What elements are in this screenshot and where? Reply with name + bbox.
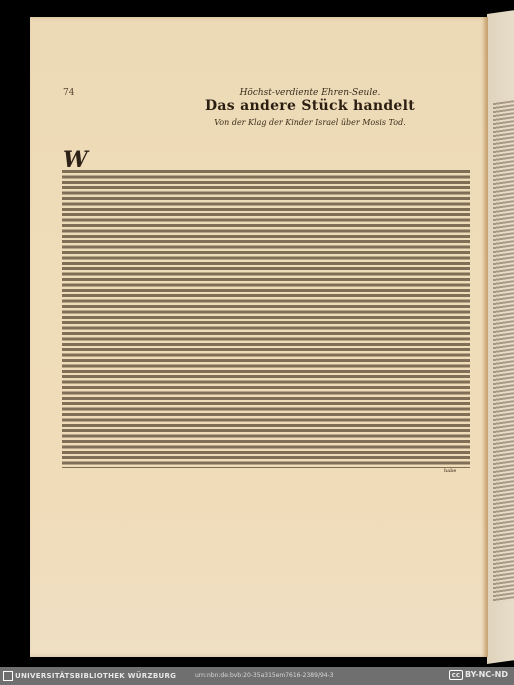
license-badge[interactable]: ccBY-NC-ND <box>449 670 508 680</box>
urn-identifier[interactable]: urn:nbn:de:bvb:20-35a315em7616-2389/94-3 <box>195 672 334 679</box>
adjacent-page-text <box>493 99 514 603</box>
library-logo-icon <box>3 671 13 681</box>
section-subtitle: Von der Klag der Kinder Israel über Mosi… <box>120 118 500 127</box>
institution-logo[interactable]: UNIVERSITÄTSBIBLIOTHEK WÜRZBURG <box>3 671 176 681</box>
footer-bar: UNIVERSITÄTSBIBLIOTHEK WÜRZBURG urn:nbn:… <box>0 667 514 685</box>
running-head: Höchst-verdiente Ehren-Seule. <box>150 88 470 98</box>
cc-icon: cc <box>449 670 463 680</box>
page-number: 74 <box>63 88 74 98</box>
institution-name: UNIVERSITÄTSBIBLIOTHEK WÜRZBURG <box>15 672 176 680</box>
catchword: habe <box>444 468 456 474</box>
section-title: Das andere Stück handelt <box>120 98 500 114</box>
drop-cap-initial: W <box>63 150 83 170</box>
scan-viewer: 74 Höchst-verdiente Ehren-Seule. Das and… <box>0 0 514 667</box>
license-label: BY-NC-ND <box>465 670 508 679</box>
